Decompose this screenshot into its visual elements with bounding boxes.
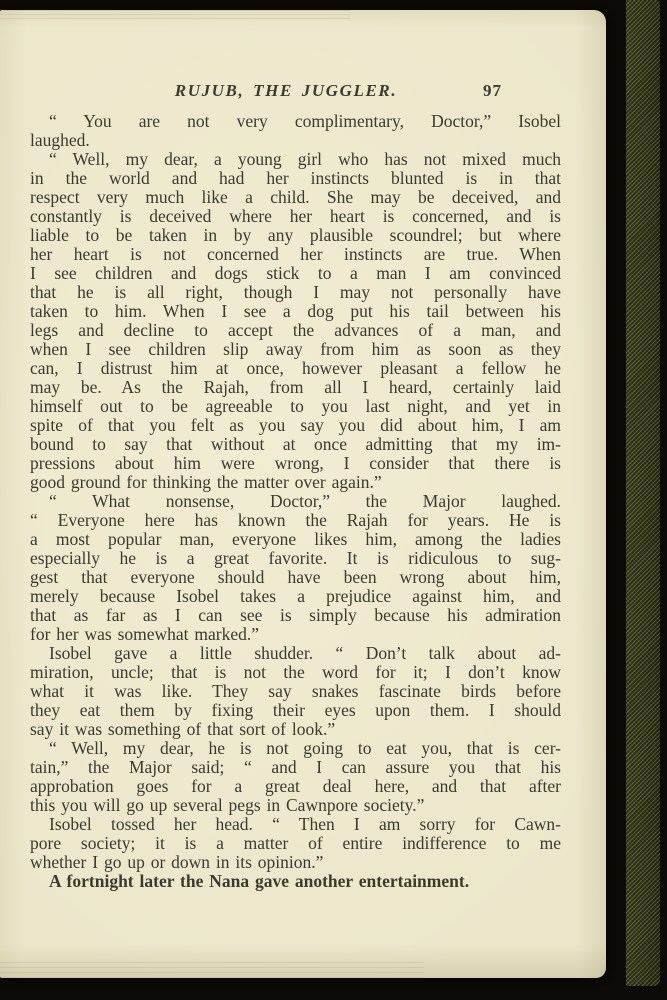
text-line: they eat them by fixing their eyes upon … [30,701,561,720]
text-line: this you will go up several pegs in Cawn… [30,796,561,815]
text-line: “ You are not very complimentary, Doctor… [30,112,561,131]
text-line: when I see children slip away from him a… [30,340,561,359]
text-line: himself out to be agreeable to you last … [30,397,561,416]
text-line: laughed. [30,131,561,150]
text-line: can, I distrust him at once, however ple… [30,359,561,378]
text-line: constantly is deceived where her heart i… [30,207,561,226]
text-line: Isobel gave a little shudder. “ Don’t ta… [30,644,561,663]
book-page: RUJUB, THE JUGGLER. 97 “ You are not ver… [0,10,606,978]
text-line: in the world and had her instincts blunt… [30,169,561,188]
text-line: Isobel tossed her head. “ Then I am sorr… [30,815,561,834]
page-number: 97 [483,81,502,101]
text-line: legs and decline to accept the advances … [30,321,561,340]
text-line: that as far as I can see is simply becau… [30,606,561,625]
text-line: her heart is not concerned her instincts… [30,245,561,264]
text-line: that he is all right, though I may not p… [30,283,561,302]
text-line: respect very much like a child. She may … [30,188,561,207]
text-line: pressions about him were wrong, I consid… [30,454,561,473]
text-line: approbation goes for a great deal here, … [30,777,561,796]
text-line: bound to say that without at once admitt… [30,435,561,454]
text-line: especially he is a great favorite. It is… [30,549,561,568]
text-line: “ What nonsense, Doctor,” the Major laug… [30,492,561,511]
text-line: I see children and dogs stick to a man I… [30,264,561,283]
text-line: may be. As the Rajah, from all I heard, … [30,378,561,397]
text-line: “ Everyone here has known the Rajah for … [30,511,561,530]
text-line: what it was like. They say snakes fascin… [30,682,561,701]
text-line: tain,” the Major said; “ and I can assur… [30,758,561,777]
text-line: whether I go up or down in its opinion.” [30,853,561,872]
text-line: merely because Isobel takes a prejudice … [30,587,561,606]
text-line: taken to him. When I see a dog put his t… [30,302,561,321]
book-cover-edge [626,0,660,986]
text-line: for her was somewhat marked.” [30,625,561,644]
text-line: good ground for thinking the matter over… [30,473,561,492]
text-line: say it was something of that sort of loo… [30,720,561,739]
text-line: miration, uncle; that is not the word fo… [30,663,561,682]
text-line: gest that everyone should have been wron… [30,568,561,587]
text-line: spite of that you felt as you say you di… [30,416,561,435]
text-line: a most popular man, everyone likes him, … [30,530,561,549]
book-scan: RUJUB, THE JUGGLER. 97 “ You are not ver… [0,0,667,1000]
text-line: pore society; it is a matter of entire i… [30,834,561,853]
text-line: A fortnight later the Nana gave another … [30,872,561,891]
text-line: “ Well, my dear, he is not going to eat … [30,739,561,758]
text-line: “ Well, my dear, a young girl who has no… [30,150,561,169]
page-body: “ You are not very complimentary, Doctor… [30,112,561,891]
page-header: RUJUB, THE JUGGLER. 97 [0,81,606,103]
text-line: liable to be taken in by any plausible s… [30,226,561,245]
